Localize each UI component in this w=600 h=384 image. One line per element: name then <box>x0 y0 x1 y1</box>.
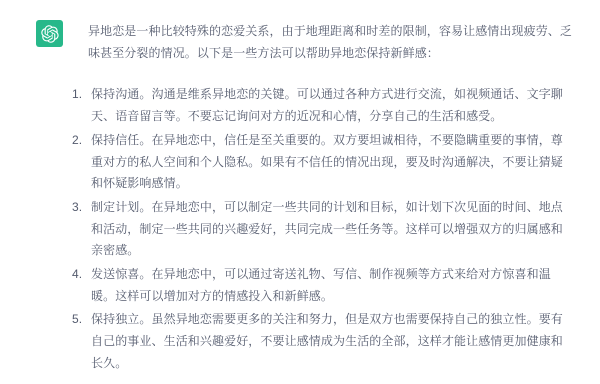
list-item: 1. 保持沟通。沟通是维系异地恋的关键。可以通过各种方式进行交流，如视频通话、文… <box>88 84 572 127</box>
list-item-text: 保持沟通。沟通是维系异地恋的关键。可以通过各种方式进行交流，如视频通话、文字聊天… <box>91 87 563 123</box>
openai-logo-icon <box>41 25 59 43</box>
list-item-text: 制定计划。在异地恋中，可以制定一些共同的计划和目标，如计划下次见面的时间、地点和… <box>91 200 563 257</box>
assistant-message-content: 异地恋是一种比较特殊的恋爱关系，由于地理距离和时差的限制，容易让感情出现疲劳、乏… <box>88 21 572 377</box>
list-item-text: 保持独立。虽然异地恋需要更多的关注和努力，但是双方也需要保持自己的独立性。要有自… <box>91 312 563 369</box>
list-item: 4. 发送惊喜。在异地恋中，可以通过寄送礼物、写信、制作视频等方式来给对方惊喜和… <box>88 264 572 307</box>
list-item-number: 5. <box>72 309 86 331</box>
list-item: 2. 保持信任。在异地恋中，信任是至关重要的。双方要坦诚相待，不要隐瞒重要的事情… <box>88 130 572 195</box>
list-item-text: 保持信任。在异地恋中，信任是至关重要的。双方要坦诚相待，不要隐瞒重要的事情，尊重… <box>91 133 563 190</box>
list-item-number: 2. <box>72 130 86 152</box>
assistant-avatar <box>36 20 63 47</box>
assistant-message: 异地恋是一种比较特殊的恋爱关系，由于地理距离和时差的限制，容易让感情出现疲劳、乏… <box>0 0 600 377</box>
list-item-number: 1. <box>72 84 86 106</box>
list-item-number: 4. <box>72 264 86 286</box>
list-item: 3. 制定计划。在异地恋中，可以制定一些共同的计划和目标，如计划下次见面的时间、… <box>88 197 572 262</box>
intro-paragraph: 异地恋是一种比较特殊的恋爱关系，由于地理距离和时差的限制，容易让感情出现疲劳、乏… <box>88 21 572 64</box>
list-item: 5. 保持独立。虽然异地恋需要更多的关注和努力，但是双方也需要保持自己的独立性。… <box>88 309 572 374</box>
list-item-text: 发送惊喜。在异地恋中，可以通过寄送礼物、写信、制作视频等方式来给对方惊喜和温暖。… <box>91 267 551 303</box>
list-item-number: 3. <box>72 197 86 219</box>
tips-list: 1. 保持沟通。沟通是维系异地恋的关键。可以通过各种方式进行交流，如视频通话、文… <box>88 84 572 374</box>
